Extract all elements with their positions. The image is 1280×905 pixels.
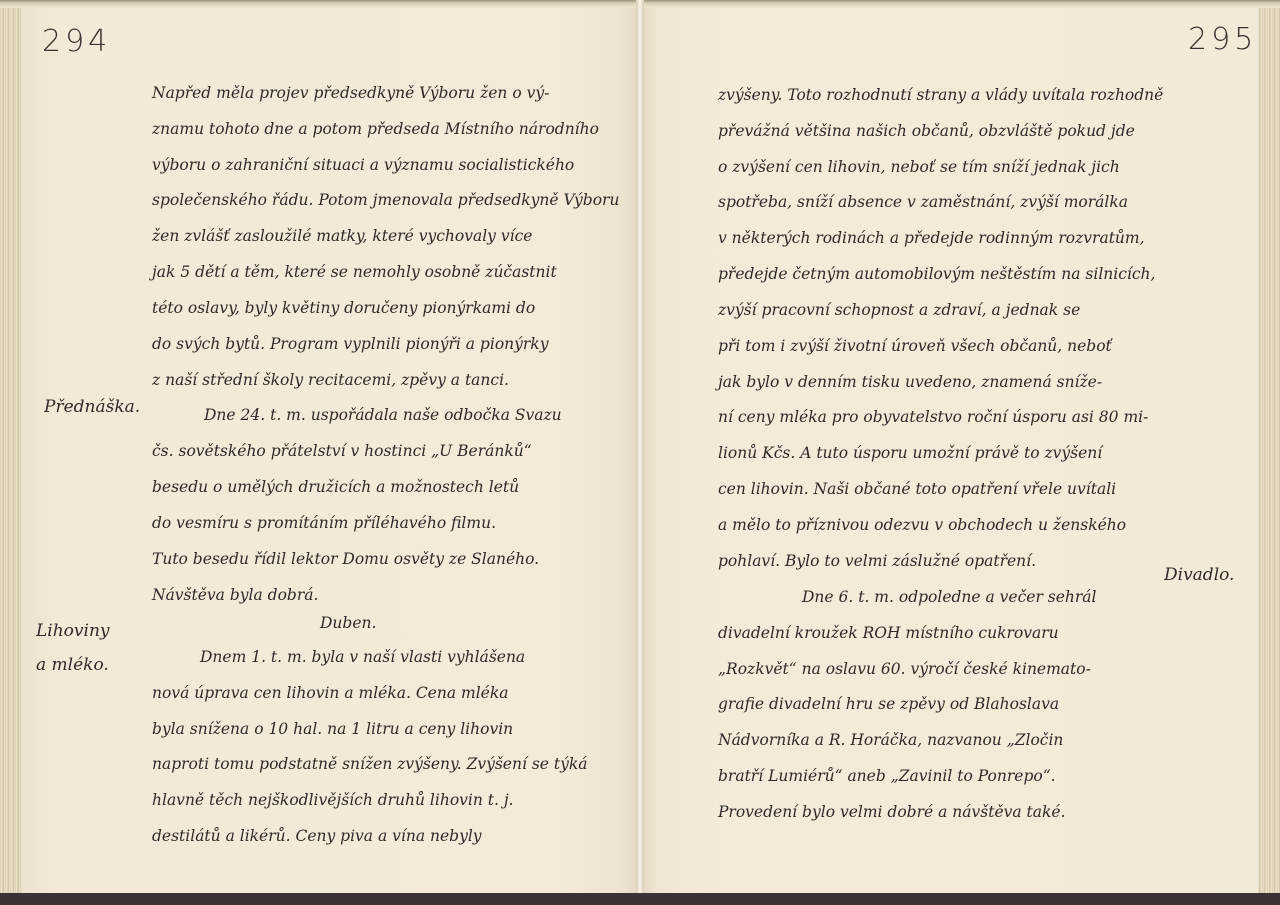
- text-line: v některých rodinách a předejde rodinným…: [718, 223, 1145, 253]
- text-line: žen zvlášť zasloužilé matky, které vycho…: [152, 221, 532, 251]
- right-page: 295 Divadlo. zvýšeny. Toto rozhodnutí st…: [640, 0, 1280, 893]
- text-line: čs. sovětského přátelství v hostinci „U …: [152, 436, 532, 466]
- book-gutter: [636, 0, 644, 893]
- text-line: a mělo to příznivou odezvu v obchodech u…: [718, 510, 1126, 540]
- text-line: spotřeba, sníží absence v zaměstnání, zv…: [718, 187, 1128, 217]
- left-page: 294 Přednáška. Lihoviny a mléko. Napřed …: [0, 0, 640, 893]
- margin-note-line: Lihoviny: [36, 614, 110, 648]
- text-line: výboru o zahraniční situaci a významu so…: [152, 150, 574, 180]
- text-line: bratří Lumiérů“ aneb „Zavinil to Ponrepo…: [718, 761, 1056, 791]
- text-line: pohlaví. Bylo to velmi záslužné opatření…: [718, 546, 1036, 576]
- text-line: nová úprava cen lihovin a mléka. Cena ml…: [152, 678, 508, 708]
- text-line: společenského řádu. Potom jmenovala před…: [152, 185, 619, 215]
- text-line: převážná většina našich občanů, obzvlášt…: [718, 116, 1135, 146]
- text-line: „Rozkvět“ na oslavu 60. výročí české kin…: [718, 654, 1091, 684]
- month-heading: Duben.: [320, 608, 376, 638]
- text-line: do svých bytů. Program vyplnili pionýři …: [152, 329, 548, 359]
- text-line: ní ceny mléka pro obyvatelstvo roční úsp…: [718, 402, 1148, 432]
- text-line: Tuto besedu řídil lektor Domu osvěty ze …: [152, 544, 539, 574]
- text-line: divadelní kroužek ROH místního cukrovaru: [718, 618, 1059, 648]
- text-line: cen lihovin. Naši občané toto opatření v…: [718, 474, 1116, 504]
- text-line: z naší střední školy recitacemi, zpěvy a…: [152, 365, 509, 395]
- text-line: do vesmíru s promítáním příléhavého film…: [152, 508, 496, 538]
- text-line: Dne 6. t. m. odpoledne a večer sehrál: [802, 582, 1097, 612]
- page-stack-edge-left: [0, 0, 22, 893]
- text-line: hlavně těch nejškodlivějších druhů lihov…: [152, 785, 514, 815]
- margin-note-prednaska: Přednáška.: [44, 390, 140, 424]
- page-stack-edge-right: [1258, 0, 1280, 893]
- margin-note-lihoviny: Lihoviny a mléko.: [36, 614, 110, 682]
- text-line: naproti tomu podstatně snížen zvýšeny. Z…: [152, 749, 588, 779]
- text-line: znamu tohoto dne a potom předseda Místní…: [152, 114, 599, 144]
- text-line: jak 5 dětí a těm, které se nemohly osobn…: [152, 257, 557, 287]
- text-line: o zvýšení cen lihovin, neboť se tím sníž…: [718, 152, 1120, 182]
- text-line: při tom i zvýší životní úroveň všech obč…: [718, 331, 1112, 361]
- text-line: lionů Kčs. A tuto úsporu umožní právě to…: [718, 438, 1102, 468]
- text-line: zvýší pracovní schopnost a zdraví, a jed…: [718, 295, 1080, 325]
- open-chronicle-book: 294 Přednáška. Lihoviny a mléko. Napřed …: [0, 0, 1280, 893]
- text-line: byla snížena o 10 hal. na 1 litru a ceny…: [152, 714, 513, 744]
- page-number-right: 295: [1188, 22, 1257, 57]
- text-line: Napřed měla projev předsedkyně Výboru že…: [152, 78, 549, 108]
- text-line: této oslavy, byly květiny doručeny pioný…: [152, 293, 535, 323]
- text-line: destilátů a likérů. Ceny piva a vína neb…: [152, 821, 482, 851]
- text-line: Návštěva byla dobrá.: [152, 580, 318, 610]
- text-line: předejde četným automobilovým neštěstím …: [718, 259, 1155, 289]
- text-line: Dne 24. t. m. uspořádala naše odbočka Sv…: [204, 400, 562, 430]
- text-line: Dnem 1. t. m. byla v naší vlasti vyhláše…: [200, 642, 525, 672]
- margin-note-line: a mléko.: [36, 648, 110, 682]
- text-line: Nádvorníka a R. Horáčka, nazvanou „Zloči…: [718, 725, 1063, 755]
- text-line: besedu o umělých družicích a možnostech …: [152, 472, 519, 502]
- page-number-left: 294: [42, 24, 111, 59]
- text-line: Provedení bylo velmi dobré a návštěva ta…: [718, 797, 1066, 827]
- margin-note-divadlo: Divadlo.: [1164, 558, 1234, 592]
- text-line: grafie divadelní hru se zpěvy od Blahosl…: [718, 689, 1059, 719]
- text-line: jak bylo v denním tisku uvedeno, znamená…: [718, 367, 1102, 397]
- text-line: zvýšeny. Toto rozhodnutí strany a vlády …: [718, 80, 1163, 110]
